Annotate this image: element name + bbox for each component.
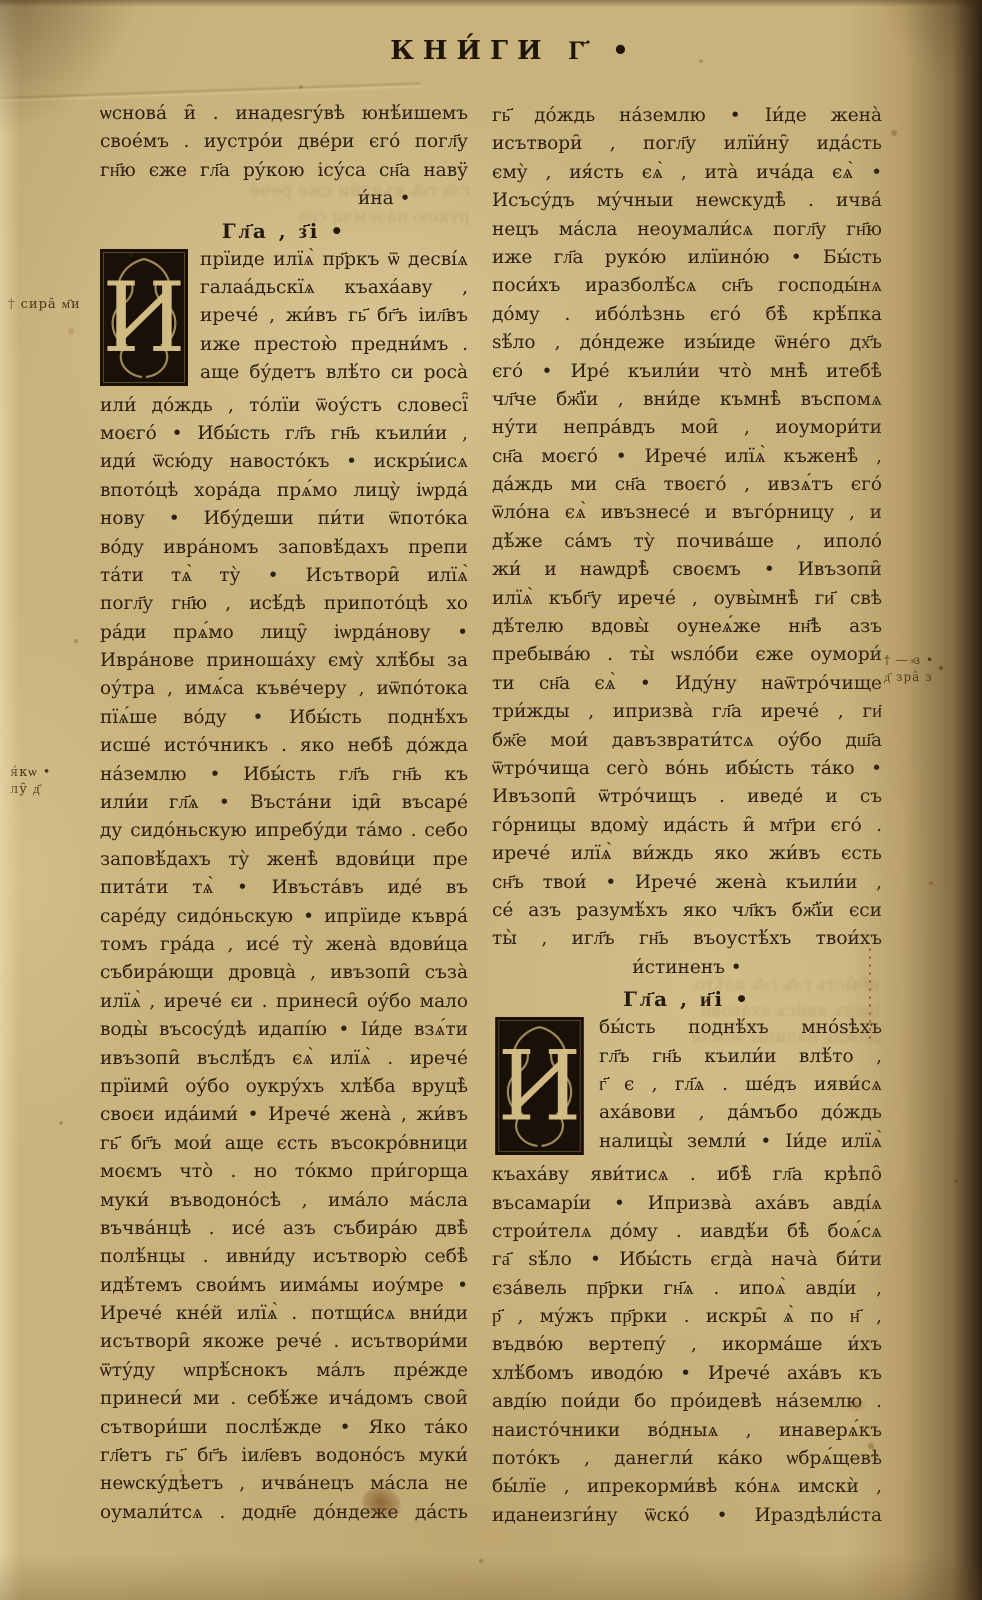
- chapter-17-body-continued: гь҃ до́ждь на́землю • Іи́де жена̀исътвор…: [492, 102, 882, 954]
- text-line: исше́ исто́чникъ . яко небѣ̀ до́жда: [100, 732, 468, 760]
- text-line: сн҃а моєго́ • Ирече́ илїѧ̀ къженѣ̀ ,: [492, 443, 882, 471]
- text-line: гл҃етъ гь҃ бг҃ъ іил҃евъ водоно́съ муки́: [100, 1442, 468, 1470]
- text-line: ты̀ , игл҃ъ гн҃ь въоустѣ́хъ твои́хъ: [492, 925, 882, 953]
- text-line: въсамарі́и • Ипризва̀ аха́въ авді́ѧ: [492, 1190, 882, 1218]
- text-line: пита́ти тѧ̀ • Ивъста́въ иде́ въ: [100, 874, 468, 902]
- text-line: Исъсу́дъ му́чныи неѡскудѣ̀ . ичва́: [492, 187, 882, 215]
- text-column-left: ѡснова́ и̑ . инадеѕгу́вѣ юнѣ́ишемъсвое́м…: [100, 100, 468, 1527]
- text-line: єму̀ , ия́сть єѧ̀ , ита̀ ича́да єѧ̀ •: [492, 159, 882, 187]
- text-line: ну́ти непра́вдъ мои̑ , иоумори́ти: [492, 414, 882, 442]
- text-line: гн҃ю єже гл҃а ру́кою ісу́са сн҃а навӱ: [100, 157, 468, 185]
- text-line: та́ти тѧ̀ ту̀ • Исътвори̑ илїѧ̀: [100, 562, 468, 590]
- text-line: иже гл҃а руко́ю илїино́ю • Бы́сть: [492, 244, 882, 272]
- text-line: ти сн҃а єѧ̀ • Иду́ну наѿтро́чище: [492, 670, 882, 698]
- text-line: оумали́тсѧ . додн҃е до́ндеже да́сть: [100, 1499, 468, 1527]
- text-line: къаха́ву яви́тисѧ . ибѣ̀ гл҃а крѣпо̑: [492, 1161, 882, 1189]
- text-line: дѣ́же са́мъ ту̀ почива́ше , иполо́: [492, 528, 882, 556]
- text-line: илїѧ̀ , ирече́ єи . принеси̑ оу́бо мало: [100, 988, 468, 1016]
- text-line: саре́ду сидо́ньскую • ипрїиде къвра́: [100, 903, 468, 931]
- text-line: ѿту́ду ѡпрѣ́снокъ ма́лъ пре́жде: [100, 1357, 468, 1385]
- text-line: сътвори́ши послѣ́жде • Яко та́ко: [100, 1414, 468, 1442]
- text-line: иданеизги́ну ѿско́ • Ираздѣли́ста: [492, 1502, 882, 1530]
- text-line: жи́ и наѡдрѣ̀ своємъ • Ивъзопи̑: [492, 556, 882, 584]
- text-line: муки́ въводоно́сѣ , има́ло ма́сла: [100, 1187, 468, 1215]
- text-line: ѿтро́чища сего̀ во́нь ибы́сть та́ко •: [492, 755, 882, 783]
- text-column-right: гь҃ до́ждь на́землю • Іи́де жена̀исътвор…: [492, 102, 882, 1530]
- text-line: г҃ є , гл҃ѧ . ше́дъ ияви́сѧ: [599, 1071, 882, 1099]
- text-line: галаа́дьскїѧ къаха́аву ,: [200, 274, 468, 302]
- text-line: єза́вель пр҃рки гн҃ѧ . ипоѧ̀ авді́и ,: [492, 1275, 882, 1303]
- text-line: єго́ • Ире́ къили́и что̀ мнѣ̀ итебѣ̀: [492, 358, 882, 386]
- margin-note-sirach-reference: † сира̑ м҃и: [8, 296, 96, 313]
- text-line: хлѣ́бомъ иводо́ю • Ирече́ аха́въ къ: [492, 1360, 882, 1388]
- paper-speckles: [0, 0, 2, 2]
- text-line: Ирече́ кне́й илїѧ̀ . потщи́сѧ вни́ди: [100, 1300, 468, 1328]
- woodcut-initial-block: И: [492, 1017, 587, 1159]
- text-line: налицы̀ земли́ • Іи́де илїѧ̀: [599, 1128, 882, 1156]
- text-line: илїѧ̀ къбг҃у ирече́ , оувы̀мнѣ̀ ги҃ свѣ: [492, 585, 882, 613]
- text-line: оу́тра , имѧ́са къве́черу , иѿпо́тока: [100, 675, 468, 703]
- text-line: исътвори̑ якоже рече́ . исътвори́ми: [100, 1328, 468, 1356]
- text-line: дѣ́телю вдовы̀ оунеѧ́же нн҃ѣ азъ: [492, 613, 882, 641]
- text-line: р҃ , му́жъ пр҃рки . искры̑ ѧ̀ по н҃ ,: [492, 1303, 882, 1331]
- text-line: се́ азъ разумѣ́хъ яко чл҃къ бж҃їи єси: [492, 897, 882, 925]
- text-line: да́ждь ми сн҃а твоєго́ , ивзѧ́тъ єго́: [492, 471, 882, 499]
- text-line: пїѧ́ше во́ду • Ибы́сть поднѣ́хъ: [100, 704, 468, 732]
- chapter-18-opening: И бы́сть поднѣ́хъ мно́ѕѣхъгл҃ъ гн҃ь къил…: [492, 1014, 882, 1161]
- chapter-17-body: или́ до́ждь , то́лїи ѿоу́стъ словесї̑моє…: [100, 392, 468, 1528]
- text-line: бы́сть поднѣ́хъ мно́ѕѣхъ: [599, 1014, 882, 1042]
- text-line: своєи ида́ими́ • Ирече́ жена̀ , жи́въ: [100, 1101, 468, 1129]
- text-line: авді́ю пои́ди бо про́идевѣ на́землю .: [492, 1388, 882, 1416]
- chapter-heading-18: Гл҃а , и҃і •: [492, 984, 882, 1014]
- text-line: томъ гра́да , исе́ ту̀ жена̀ вдови́ца: [100, 931, 468, 959]
- paragraph-end-line: и́на •: [100, 185, 468, 213]
- text-line: погл҃у гн҃ю , исѣ́дѣ припото́цѣ хо: [100, 590, 468, 618]
- text-line: пото́къ , данегли́ ка́ко ѡбрѧ́щевѣ: [492, 1445, 882, 1473]
- text-line: ирече́ илїѧ̀ ви́ждь яко жи́въ єсть: [492, 840, 882, 868]
- text-line: гь҃ бг҃ъ мои́ аще єсть въсокро́вници: [100, 1130, 468, 1158]
- text-line: чл҃че бж҃їи , вни́де къмнѣ̀ въспомѧ: [492, 386, 882, 414]
- text-line: събира́ющи дровца̀ , ивъзопи̑ съза̀: [100, 959, 468, 987]
- text-line: строи́телѧ до́му . иавдѣ́и бѣ̀ боѧ́сѧ: [492, 1218, 882, 1246]
- book-page: гл҃а гн҃ь къили́и єже рече́ ру́кою на́зе…: [0, 0, 982, 1600]
- text-line: иди́ ѿсю́ду навосто́къ • искры́исѧ: [100, 448, 468, 476]
- woodcut-initial-icon: И: [492, 1017, 587, 1155]
- text-line: ду сидо́ньскую ипребу́ди та́мо . себо: [100, 817, 468, 845]
- text-line: во́ду ивра́номъ заповѣ́дахъ препи: [100, 534, 468, 562]
- text-line: га҃ ѕѣ́ло • Ибы́сть єгда̀ нача̀ би́ти: [492, 1246, 882, 1274]
- text-line: бж҃е мои́ давъзврати́тсѧ оу́бо дш҃а: [492, 727, 882, 755]
- text-line: сн҃ъ твои́ • Ирече́ жена̀ къили́и ,: [492, 869, 882, 897]
- text-line: наисто́чники во́дныѧ , инаверѧ́къ: [492, 1417, 882, 1445]
- text-line: полѣ́нцы . ивни́ду исътворю̀ себѣ̀: [100, 1243, 468, 1271]
- opening-paragraph: ѡснова́ и̑ . инадеѕгу́вѣ юнѣ́ишемъсвое́м…: [100, 100, 468, 185]
- margin-note-right-reference: † — з • д҃ зра̑ з: [884, 652, 978, 686]
- woodcut-initial-block: И: [100, 249, 188, 390]
- text-line: Ивра́нове приноша́ху єму̀ хлѣ́бы за: [100, 647, 468, 675]
- text-line: аха́вови , да́мъбо до́ждь: [599, 1099, 882, 1127]
- text-line: ѕѣ́ло , до́ндеже изы́иде ѿне́го дх҃ъ: [492, 329, 882, 357]
- chapter-17-opening: И прїиде илїѧ̀ пр҃ркъ ѿ десві́ѧгалаа́дьс…: [100, 246, 468, 392]
- initial-letter: И: [497, 1030, 581, 1143]
- text-line: гь҃ до́ждь на́землю • Іи́де жена̀: [492, 102, 882, 130]
- text-line: моємъ что̀ . но то́кмо при́горща: [100, 1158, 468, 1186]
- text-line: три́жды , ипризва̀ гл҃а ирече́ , ги҃: [492, 698, 882, 726]
- text-line: идѣ́темъ свои́мъ иима́мы иоу́мре •: [100, 1272, 468, 1300]
- chapter-heading-17: Гл҃а , з҃і •: [100, 216, 468, 246]
- text-line: бы́лїе , ипрекорми́вѣ ко́нѧ имскѝ ,: [492, 1473, 882, 1501]
- text-line: принеси́ ми . себѣ́же ича́домъ свои̑: [100, 1385, 468, 1413]
- text-line: или́и гл҃ѧ • Въста́ни іди̑ въсаре́: [100, 789, 468, 817]
- text-line: пребыва́ю . ты̀ ѡѕло́би єже оумори́: [492, 641, 882, 669]
- text-line: въчва́нцѣ . исе́ азъ събира́ю двѣ̀: [100, 1215, 468, 1243]
- text-line: ивъзопи̑ въслѣ́дъ єѧ̀ илїѧ̀ . ирече́: [100, 1045, 468, 1073]
- text-line: нову • Ибу́деши пи́ти ѿпото́ка: [100, 505, 468, 533]
- text-line: прїиде илїѧ̀ пр҃ркъ ѿ десві́ѧ: [200, 246, 468, 274]
- margin-note-luke-reference: я́кѡ • лу̑ д҃: [10, 764, 96, 798]
- text-line: поси́хъ иразболѣ́сѧ сн҃ъ господы́нѧ: [492, 272, 882, 300]
- text-line: до́му . ибо́лѣзнь єго́ бѣ̀ крѣ́пка: [492, 301, 882, 329]
- chapter-18-body: къаха́ву яви́тисѧ . ибѣ̀ гл҃а крѣпо̑въса…: [492, 1161, 882, 1530]
- text-line: впото́цѣ хора́да прѧ́мо лицу̀ іѡрда́: [100, 477, 468, 505]
- text-line: гл҃ъ гн҃ь къили́и влѣ́то ,: [599, 1043, 882, 1071]
- text-line: ирече́ , жи́въ гь҃ бг҃ъ іил҃въ: [200, 302, 468, 330]
- text-line: неѡску́дѣетъ , ичва́нецъ ма́сла не: [100, 1470, 468, 1498]
- text-line: заповѣ́дахъ ту̀ женѣ̀ вдови́ци пре: [100, 846, 468, 874]
- paragraph-end-line: и́стиненъ •: [492, 954, 882, 982]
- text-line: прїими̑ оу́бо оукру́хъ хлѣ́ба вруцѣ̀: [100, 1073, 468, 1101]
- text-line: ѡснова́ и̑ . инадеѕгу́вѣ юнѣ́ишемъ: [100, 100, 468, 128]
- initial-letter: И: [102, 262, 186, 374]
- text-line: ра́ди прѧ́мо лицу̑ іѡрда́нову •: [100, 619, 468, 647]
- text-line: аще бу́детъ влѣ́то си роса̀: [200, 359, 468, 387]
- text-line: нецъ ма́сла неоумали́сѧ погл҃у гн҃ю: [492, 216, 882, 244]
- text-line: въдво́ю вертепу́ , икорма́ше и́хъ: [492, 1331, 882, 1359]
- text-line: ѿло́на єѧ̀ ивъзнесе́ и въго́рницу , и: [492, 499, 882, 527]
- text-line: или́ до́ждь , то́лїи ѿоу́стъ словесї̑: [100, 392, 468, 420]
- text-line: моєго́ • Ибы́сть гл҃ъ гн҃ь къили́и ,: [100, 420, 468, 448]
- text-line: Ивъзопи̑ ѿтро́чищъ . иведе́ и съ: [492, 783, 882, 811]
- text-line: го́рницы вдому̀ ида́сть и̑ мт҃ри єго́ .: [492, 812, 882, 840]
- woodcut-initial-icon: И: [100, 249, 188, 386]
- text-line: на́землю • Ибы́сть гл҃ъ гн҃ь къ: [100, 761, 468, 789]
- text-line: воды̀ въсосу́дѣ идапі́ю • Іи́де взѧ́ти: [100, 1016, 468, 1044]
- text-line: свое́мъ . иустро́и две́ри єго́ погл҃у: [100, 128, 468, 156]
- text-line: исътвори̑ , погл҃у илїи́ну̑ ида́сть: [492, 130, 882, 158]
- running-title: КНИ́ГИ Г҃ •: [0, 36, 982, 66]
- text-line: иже престою̀ предни́мъ .: [200, 331, 468, 359]
